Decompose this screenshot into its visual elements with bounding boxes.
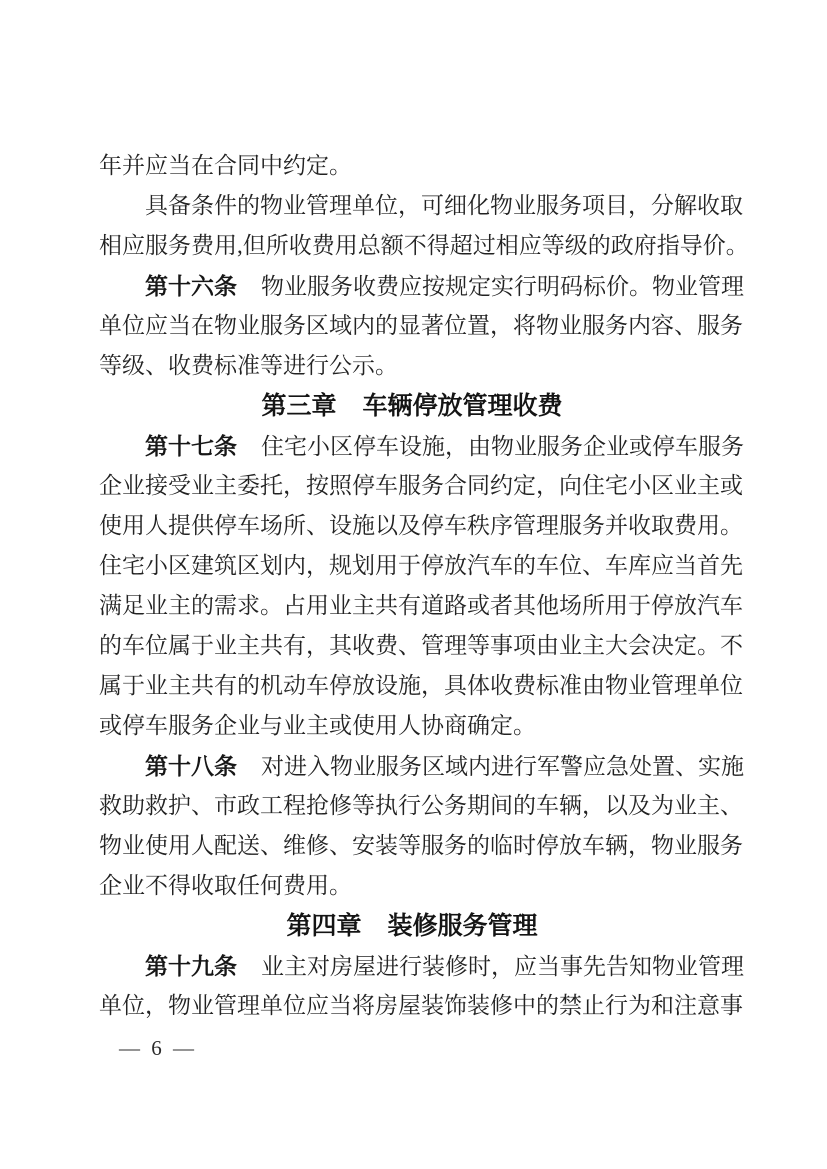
- text-line: 具备条件的物业管理单位，可细化物业服务项目，分解收取: [99, 186, 725, 226]
- text-line: 的车位属于业主共有，其收费、管理等事项由业主大会决定。不: [99, 626, 725, 666]
- article-19-number: 第十九条: [145, 953, 237, 979]
- text-line: 物业使用人配送、维修、安装等服务的临时停放车辆，物业服务: [99, 826, 725, 866]
- text-line: 使用人提供停车场所、设施以及停车秩序管理服务并收取费用。: [99, 506, 725, 546]
- text-line: 住宅小区建筑区划内，规划用于停放汽车的车位、车库应当首先: [99, 546, 725, 586]
- article-19-line: 第十九条业主对房屋进行装修时，应当事先告知物业管理: [99, 946, 725, 986]
- chapter-4-number: 第四章: [286, 912, 361, 940]
- text-line: 救助救护、市政工程抢修等执行公务期间的车辆，以及为业主、: [99, 786, 725, 826]
- document-page: 年并应当在合同中约定。 具备条件的物业管理单位，可细化物业服务项目，分解收取 相…: [0, 0, 827, 1169]
- text-line: 物业服务收费应按规定实行明码标价。物业管理: [261, 274, 744, 299]
- text-line: 属于业主共有的机动车停放设施，具体收费标准由物业管理单位: [99, 666, 725, 706]
- article-16-line: 第十六条物业服务收费应按规定实行明码标价。物业管理: [99, 266, 725, 306]
- article-16-number: 第十六条: [145, 273, 237, 299]
- chapter-4-heading: 第四章装修服务管理: [99, 906, 725, 946]
- text-line: 相应服务费用,但所收费用总额不得超过相应等级的政府指导价。: [99, 226, 725, 266]
- text-line: 业主对房屋进行装修时，应当事先告知物业管理: [261, 954, 744, 979]
- text-line: 单位应当在物业服务区域内的显著位置，将物业服务内容、服务: [99, 306, 725, 346]
- article-17-number: 第十七条: [145, 433, 237, 459]
- chapter-3-heading: 第三章车辆停放管理收费: [99, 386, 725, 426]
- text-line: 满足业主的需求。占用业主共有道路或者其他场所用于停放汽车: [99, 586, 725, 626]
- chapter-3-title: 车辆停放管理收费: [363, 392, 563, 420]
- text-line: 企业接受业主委托，按照停车服务合同约定，向住宅小区业主或: [99, 466, 725, 506]
- page-number: — 6 —: [119, 1036, 197, 1061]
- text-line: 企业不得收取任何费用。: [99, 866, 725, 906]
- text-line: 对进入物业服务区域内进行军警应急处置、实施: [261, 754, 744, 779]
- article-17-line: 第十七条住宅小区停车设施，由物业服务企业或停车服务: [99, 426, 725, 466]
- text-line: 或停车服务企业与业主或使用人协商确定。: [99, 706, 725, 746]
- document-body: 年并应当在合同中约定。 具备条件的物业管理单位，可细化物业服务项目，分解收取 相…: [99, 146, 725, 1026]
- text-line: 住宅小区停车设施，由物业服务企业或停车服务: [261, 434, 744, 459]
- chapter-3-number: 第三章: [261, 392, 336, 420]
- text-line: 年并应当在合同中约定。: [99, 146, 725, 186]
- text-line: 单位，物业管理单位应当将房屋装饰装修中的禁止行为和注意事: [99, 986, 725, 1026]
- chapter-4-title: 装修服务管理: [388, 912, 538, 940]
- text-line: 等级、收费标准等进行公示。: [99, 346, 725, 386]
- article-18-number: 第十八条: [145, 753, 237, 779]
- article-18-line: 第十八条对进入物业服务区域内进行军警应急处置、实施: [99, 746, 725, 786]
